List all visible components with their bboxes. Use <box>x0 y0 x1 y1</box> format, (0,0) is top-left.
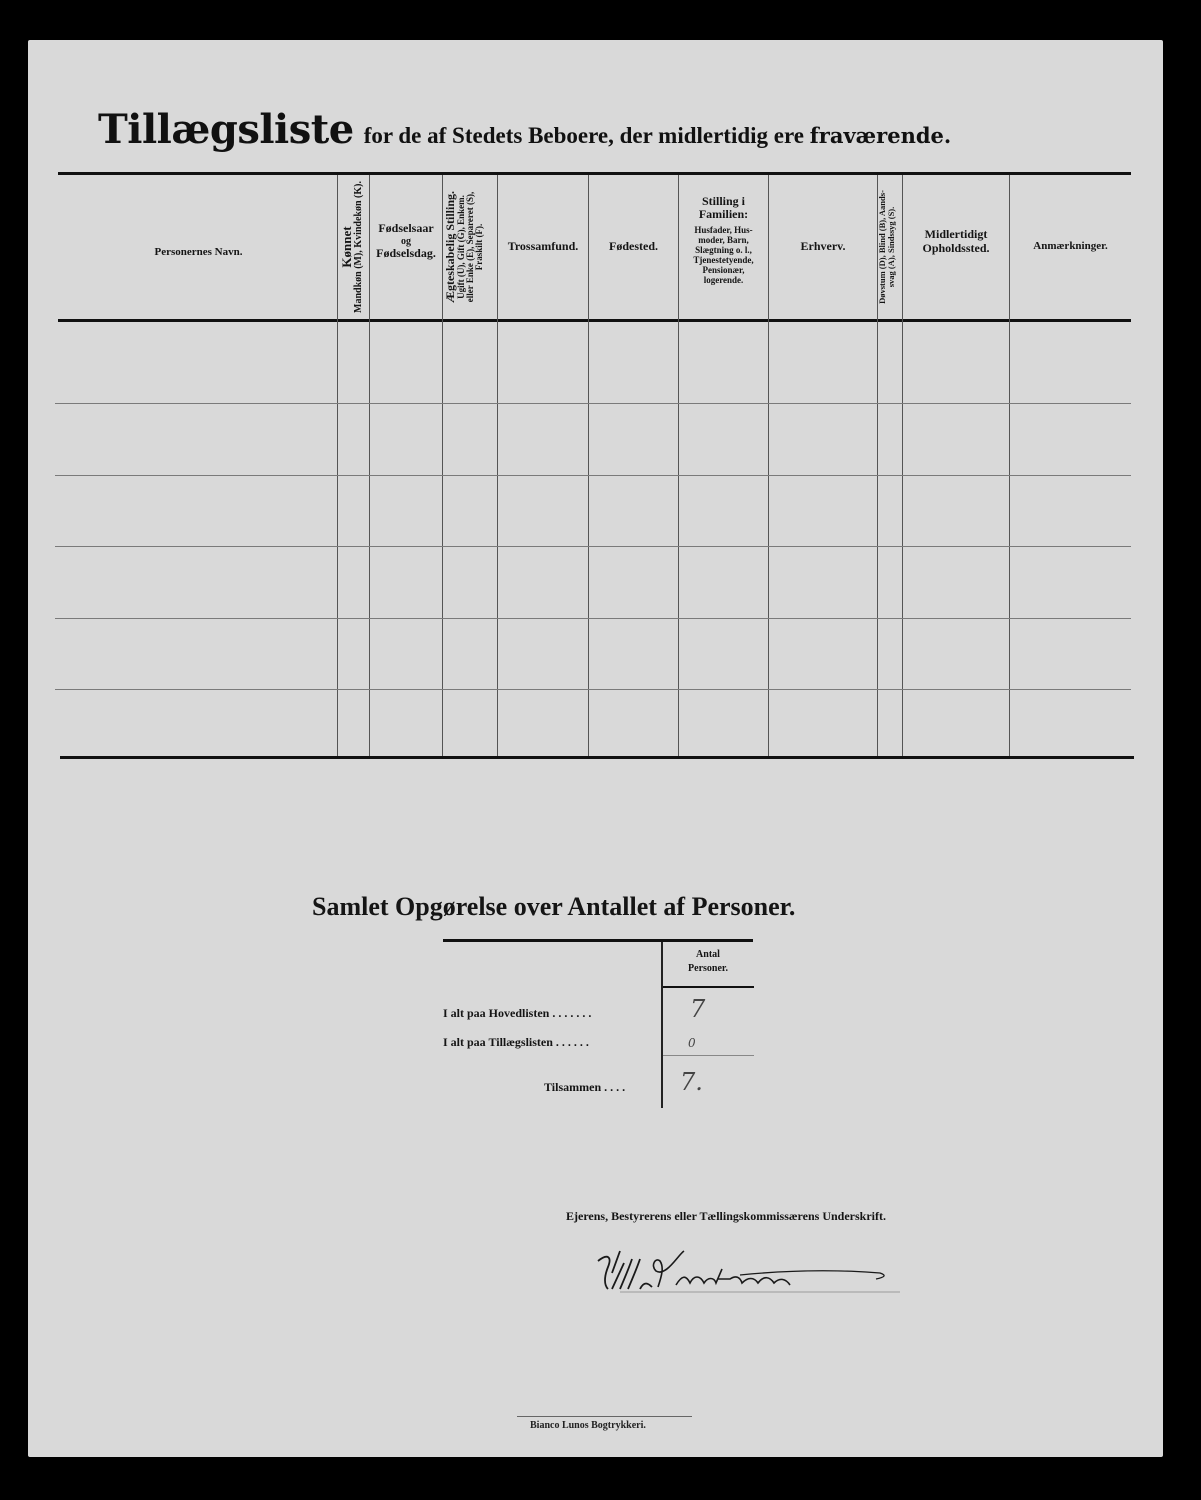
header-trossamfund: Trossamfund. <box>498 240 588 254</box>
header-stilling-line2: Familien: <box>679 208 768 221</box>
table-header-rule <box>58 319 1131 322</box>
header-stilling-line4: moder, Barn, <box>679 235 768 245</box>
summary-top-rule <box>443 939 753 942</box>
row-divider <box>55 546 1131 547</box>
summary-row-hovedlisten-value: 7 <box>690 995 705 1023</box>
header-personernes-navn: Personernes Navn. <box>60 246 337 259</box>
summary-row-tillaegslisten-value: 0 <box>688 1036 696 1050</box>
row-divider <box>55 618 1131 619</box>
header-opholdssted-line2: Opholdssted. <box>903 242 1009 256</box>
column-divider <box>369 175 370 756</box>
header-stilling-line3: Husfader, Hus- <box>679 225 768 235</box>
form-subtitle-plain: for de af Stedets Beboere, der midlertid… <box>364 123 804 148</box>
summary-row-tilsammen-value: 7. <box>680 1068 703 1096</box>
printer-rule <box>517 1416 692 1417</box>
form-title: Tillægslistefor de af Stedets Beboere, d… <box>98 106 951 153</box>
column-divider <box>497 175 498 756</box>
header-sygdom-line2: svag (A), Sindssyg (S). <box>887 172 896 322</box>
header-midlertidigt-opholdssted: Midlertidigt Opholdssted. <box>903 228 1009 256</box>
row-divider <box>55 403 1131 404</box>
summary-row-tillaegslisten-label: I alt paa Tillægslisten . . . . . . <box>443 1035 589 1050</box>
header-stilling-line6: Tjenestetyende, <box>679 255 768 265</box>
header-anmaerkninger: Anmærkninger. <box>1010 240 1131 253</box>
table-top-rule <box>58 172 1131 175</box>
column-divider <box>1009 175 1010 756</box>
form-subtitle-emphasis: fraværende. <box>810 123 951 148</box>
row-divider <box>55 689 1131 690</box>
summary-column-header: Antal Personer. <box>663 948 753 976</box>
header-fodselsaar: Fødselsaar og Fødselsdag. <box>370 222 442 261</box>
header-aegteskabelig-stilling: Ægteskabelig Stilling. Ugift (U), Gift (… <box>444 172 485 322</box>
header-stilling-line1: Stilling i <box>679 195 768 208</box>
summary-header-line2: Personer. <box>663 962 753 976</box>
column-divider <box>337 175 338 756</box>
summary-row-hovedlisten-label: I alt paa Hovedlisten . . . . . . . <box>443 1006 591 1021</box>
header-stilling-line5: Slægtning o. l., <box>679 245 768 255</box>
summary-subtotal-rule <box>663 1055 754 1056</box>
summary-title: Samlet Opgørelse over Antallet af Person… <box>312 892 795 922</box>
header-sygdom: Døvstum (D), Blind (B), Aands- svag (A),… <box>878 172 896 322</box>
row-divider <box>55 475 1131 476</box>
form-title-main: Tillægsliste <box>98 106 354 153</box>
header-kjonnet: Kønnet Mandkøn (M), Kvindekøn (K). <box>340 172 364 322</box>
form-subtitle: for de af Stedets Beboere, der midlertid… <box>364 123 952 148</box>
column-divider <box>902 175 903 756</box>
header-aegteskab-line4: Fraskilt (F). <box>475 172 484 322</box>
header-opholdssted-line1: Midlertidigt <box>903 228 1009 242</box>
signature-label: Ejerens, Bestyrerens eller Tællingskommi… <box>566 1209 886 1224</box>
summary-header-rule <box>663 986 754 988</box>
handwritten-signature-icon <box>590 1245 900 1295</box>
column-divider <box>588 175 589 756</box>
header-stilling-line7: Pensionær, <box>679 265 768 275</box>
signature <box>590 1245 900 1299</box>
summary-row-tilsammen-label: Tilsammen . . . . <box>544 1080 625 1095</box>
table-bottom-rule <box>60 756 1134 759</box>
summary-header-line1: Antal <box>663 948 753 962</box>
header-fodselsaar-line3: Fødselsdag. <box>370 247 442 261</box>
header-stilling-line8: logerende. <box>679 275 768 285</box>
column-divider <box>768 175 769 756</box>
printer-imprint: Bianco Lunos Bogtrykkeri. <box>530 1420 646 1431</box>
header-fodested: Fødested. <box>589 240 678 254</box>
header-aegteskab-line1: Ægteskabelig Stilling. <box>444 172 457 322</box>
header-erhverv: Erhverv. <box>769 240 877 254</box>
header-kjonnet-title: Kønnet <box>340 172 354 322</box>
header-stilling-i-familien: Stilling i Familien: Husfader, Hus- mode… <box>679 195 768 285</box>
header-fodselsaar-line1: Fødselsaar <box>370 222 442 236</box>
header-kjonnet-options: Mandkøn (M), Kvindekøn (K). <box>354 172 365 322</box>
